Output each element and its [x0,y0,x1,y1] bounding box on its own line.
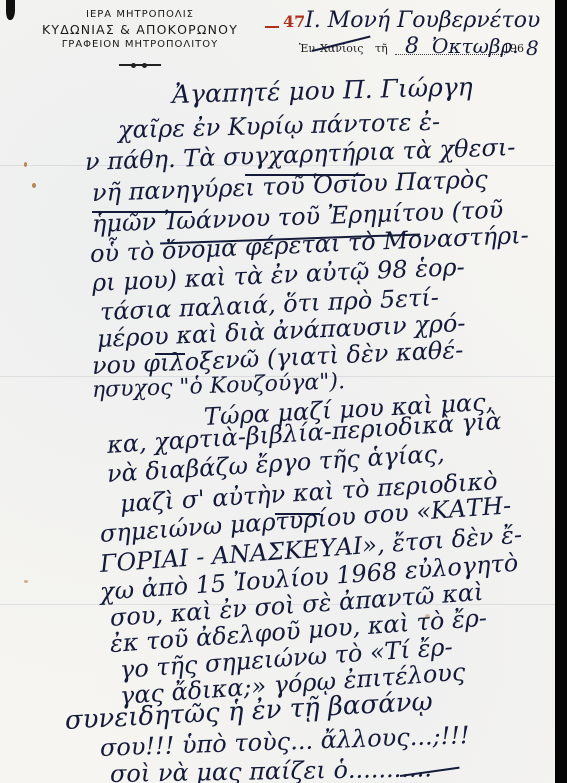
paper-tear [6,0,15,20]
date-connector: τῆ [375,42,388,55]
body-line: σοὶ νὰ μας παίζει ὁ........... [110,754,432,783]
monastery-name: Ι. Μονή Γουβερνέτου [305,8,540,33]
letterhead: ΙΕΡΑ ΜΗΤΡΟΠΟΛΙΣ ΚΥΔΩΝΙΑΣ & ΑΠΟΚΟΡΩΝΟΥ ΓΡ… [20,8,260,70]
red-dash [265,26,279,28]
date-day: 8 [405,34,419,59]
year-printed: 196 [503,42,524,55]
year-handwritten: 8 [526,36,539,60]
scan-edge-shadow [555,0,567,783]
stain-mark [24,162,27,167]
salutation: Ἀγαπητέ μου Π. Γιώργη [172,72,473,109]
date-prefix: Ἐν [299,42,315,55]
letterhead-line-3: ΓΡΑΦΕΙΟΝ ΜΗΤΡΟΠΟΛΙΤΟΥ [20,38,260,51]
ornament-divider [119,64,161,66]
stain-mark [24,580,28,583]
letterhead-line-2: ΚΥΔΩΝΙΑΣ & ΑΠΟΚΟΡΩΝΟΥ [20,21,260,38]
letterhead-line-1: ΙΕΡΑ ΜΗΤΡΟΠΟΛΙΣ [20,8,260,21]
stain-mark [32,183,36,188]
red-reference-mark: 47 [283,12,305,31]
letter-page: ΙΕΡΑ ΜΗΤΡΟΠΟΛΙΣ ΚΥΔΩΝΙΑΣ & ΑΠΟΚΟΡΩΝΟΥ ΓΡ… [0,0,555,783]
